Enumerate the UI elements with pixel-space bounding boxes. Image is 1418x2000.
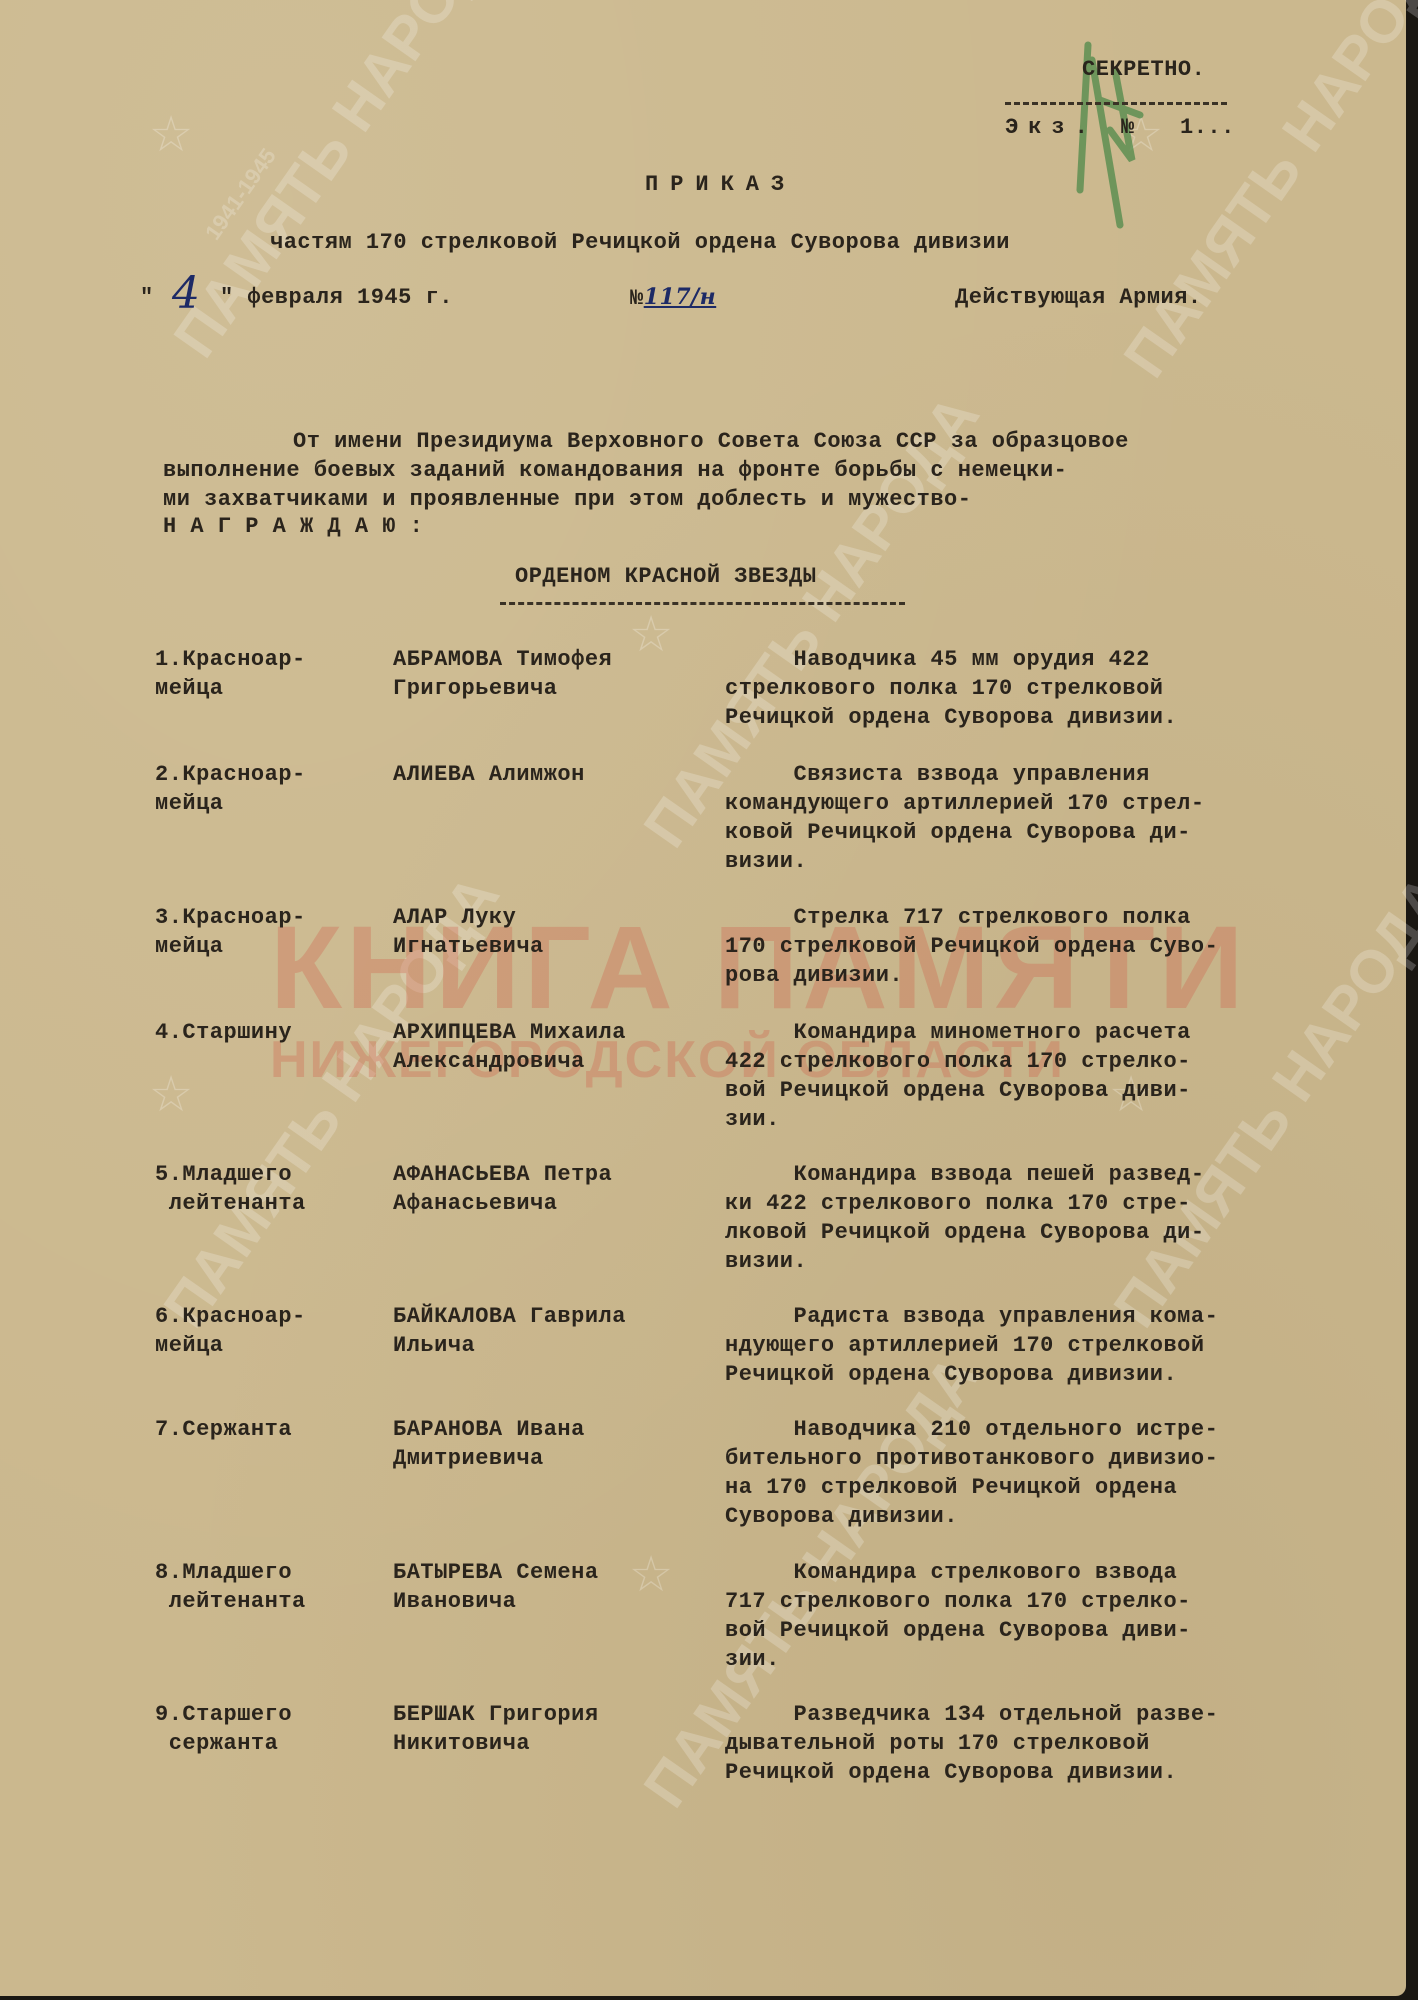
entry-description: Командира минометного расчета [725,1018,1345,1047]
entry-name: БАТЫРЕВА Семена [393,1558,723,1587]
entry-description: визии. [725,1247,1345,1276]
entry-description: 422 стрелкового полка 170 стрелко- [725,1047,1345,1076]
entry-name: БЕРШАК Григория [393,1700,723,1729]
entry-name: АРХИПЦЕВА Михаила [393,1018,723,1047]
entry-description: рова дивизии. [725,961,1345,990]
page-title: ПРИКАЗ [645,170,796,199]
entry-name: Дмитриевича [393,1444,723,1473]
entry-rank: 8.Младшего [155,1558,385,1587]
order-number-value: 117/н [644,284,717,310]
watermark-star-icon: ☆ [150,1060,192,1130]
entry-description: Речицкой ордена Суворова дивизии. [725,1758,1345,1787]
entry-name: Афанасьевича [393,1189,723,1218]
entry-description: зии. [725,1105,1345,1134]
copy-number: 1... [1180,113,1235,142]
entry-description: Речицкой ордена Суворова дивизии. [725,703,1345,732]
entry-name: Ивановича [393,1587,723,1616]
entry-rank: лейтенанта [155,1189,385,1218]
date-month-year: февраля 1945 г. [247,285,453,310]
location-label: Действующая Армия. [955,283,1202,312]
entry-description: стрелкового полка 170 стрелковой [725,674,1345,703]
date-quote-open: " [140,283,154,312]
classification-label: СЕКРЕТНО. [1082,55,1205,84]
entry-rank: сержанта [155,1729,385,1758]
order-number: №117/н [630,283,716,313]
document-page: ☆ ПАМЯТЬ НАРОДА 1941-1945 ☆ ПАМЯТЬ НАРОД… [0,0,1406,1996]
entry-description: Командира стрелкового взвода [725,1558,1345,1587]
entry-name: БАРАНОВА Ивана [393,1415,723,1444]
entry-description: Командира взвода пешей развед- [725,1160,1345,1189]
preamble-line: От имени Президиума Верховного Совета Со… [293,427,1129,456]
entry-rank: 4.Старшину [155,1018,385,1047]
entry-description: 717 стрелкового полка 170 стрелко- [725,1587,1345,1616]
entry-rank: лейтенанта [155,1587,385,1616]
entry-description: дывательной роты 170 стрелковой [725,1729,1345,1758]
date-day-handwritten: 4 [172,268,200,319]
entry-name: Ильича [393,1331,723,1360]
entry-description: вой Речицкой ордена Суворова диви- [725,1616,1345,1645]
entry-name: АФАНАСЬЕВА Петра [393,1160,723,1189]
entry-description: Связиста взвода управления [725,760,1345,789]
entry-name: Григорьевича [393,674,723,703]
entry-description: Разведчика 134 отдельной разве- [725,1700,1345,1729]
entry-rank: мейца [155,1331,385,1360]
copy-label: Экз. № [1005,113,1144,142]
entry-rank: 7.Сержанта [155,1415,385,1444]
entry-rank: мейца [155,789,385,818]
entry-description: Наводчика 210 отдельного истре- [725,1415,1345,1444]
entry-description: 170 стрелковой Речицкой ордена Суво- [725,932,1345,961]
entry-description: визии. [725,847,1345,876]
entry-rank: мейца [155,932,385,961]
entry-name: Никитовича [393,1729,723,1758]
entry-description: ки 422 стрелкового полка 170 стре- [725,1189,1345,1218]
entry-description: ндующего артиллерией 170 стрелковой [725,1331,1345,1360]
entry-rank: 1.Красноар- [155,645,385,674]
order-subtitle: частям 170 стрелковой Речицкой ордена Су… [270,228,1010,257]
entry-description: Речицкой ордена Суворова дивизии. [725,1360,1345,1389]
entry-name: БАЙКАЛОВА Гаврила [393,1302,723,1331]
award-title: ОРДЕНОМ КРАСНОЙ ЗВЕЗДЫ [515,562,816,591]
entry-description: Стрелка 717 стрелкового полка [725,903,1345,932]
order-number-prefix: № [630,286,644,311]
entry-name: АЛАР Луку [393,903,723,932]
entry-rank: 2.Красноар- [155,760,385,789]
watermark-star-icon: ☆ [150,100,192,170]
entry-description: командующего артиллерией 170 стрел- [725,789,1345,818]
entry-rank: 6.Красноар- [155,1302,385,1331]
award-verb: Н А Г Р А Ж Д А Ю : [163,512,423,541]
entry-rank: 5.Младшего [155,1160,385,1189]
preamble-line: ми захватчиками и проявленные при этом д… [163,485,971,514]
entry-description: зии. [725,1645,1345,1674]
date-rest: " февраля 1945 г. [220,283,453,312]
entry-description: ковой Речицкой ордена Суворова ди- [725,818,1345,847]
entry-description: Суворова дивизии. [725,1502,1345,1531]
entry-name: АБРАМОВА Тимофея [393,645,723,674]
entry-description: Радиста взвода управления кома- [725,1302,1345,1331]
entry-name: Александровича [393,1047,723,1076]
award-title-underline [500,602,905,605]
entry-name: АЛИЕВА Алимжон [393,760,723,789]
entry-description: на 170 стрелковой Речицкой ордена [725,1473,1345,1502]
entry-rank: мейца [155,674,385,703]
entry-rank: 3.Красноар- [155,903,385,932]
entry-description: вой Речицкой ордена Суворова диви- [725,1076,1345,1105]
entry-description: Наводчика 45 мм орудия 422 [725,645,1345,674]
entry-name: Игнатьевича [393,932,723,961]
entry-description: бительного противотанкового дивизио- [725,1444,1345,1473]
watermark-memory: ПАМЯТЬ НАРОДА [160,0,523,370]
entry-rank: 9.Старшего [155,1700,385,1729]
divider [1005,102,1227,105]
preamble-line: выполнение боевых заданий командования н… [163,456,1067,485]
entry-description: лковой Речицкой ордена Суворова ди- [725,1218,1345,1247]
